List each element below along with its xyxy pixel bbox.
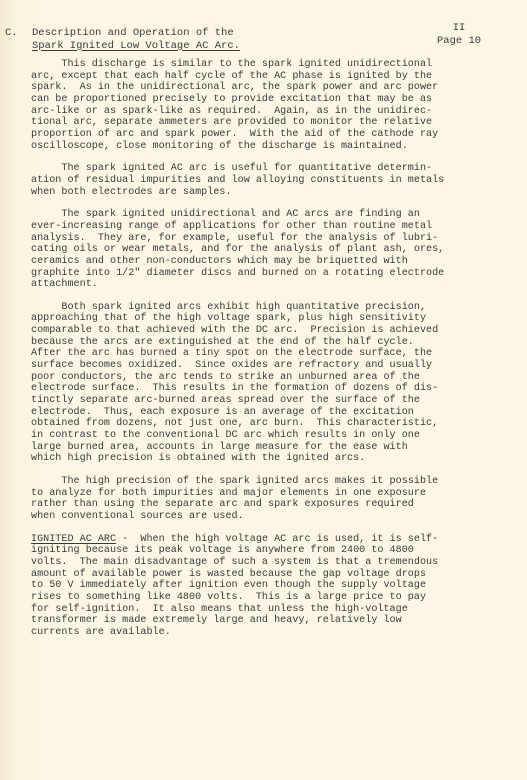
paragraph-line: tinctly separate arc-burned areas spread… xyxy=(31,395,511,407)
paragraph-line: graphite into 1/2" diameter discs and bu… xyxy=(31,268,511,280)
paragraph-line: arc-like or as spark-like as required. A… xyxy=(31,106,511,118)
paragraph-line: transformer is made extremely large and … xyxy=(31,615,511,627)
paragraph-line: large burned area, accounts in large mea… xyxy=(31,442,511,454)
paragraph: The high precision of the spark ignited … xyxy=(31,476,511,523)
paragraph: IGNITED AC ARC - When the high voltage A… xyxy=(31,534,511,639)
paragraph-line: tional arc, separate ammeters are provid… xyxy=(31,117,511,129)
page-header: C. Description and Operation of the Spar… xyxy=(5,19,505,49)
paragraph-line: rises to something like 4800 volts. This… xyxy=(31,592,511,604)
paragraph-line: to 50 V immediately after ignition even … xyxy=(31,580,511,592)
paragraph: The spark ignited unidirectional and AC … xyxy=(31,209,511,291)
paragraph: Both spark ignited arcs exhibit high qua… xyxy=(31,302,511,465)
section-title-line-1: Description and Operation of the xyxy=(32,27,240,40)
chapter-number: II xyxy=(437,22,481,35)
paragraph-line: The spark ignited unidirectional and AC … xyxy=(31,209,511,221)
paragraph-line: volts. The main disadvantage of such a s… xyxy=(31,557,511,569)
paragraph-line: electrode surface. This results in the f… xyxy=(31,383,511,395)
paragraph-line: surface becomes oxidized. Since oxides a… xyxy=(31,360,511,372)
paragraph-line: poor conductors, the arc tends to strike… xyxy=(31,372,511,384)
page-number: Page 10 xyxy=(437,35,481,48)
paragraph-line: rather than using the separate arc and s… xyxy=(31,499,511,511)
paragraph: This discharge is similar to the spark i… xyxy=(31,59,511,152)
paragraph: The spark ignited AC arc is useful for q… xyxy=(31,163,511,198)
paragraph-line: electrode. Thus, each exposure is an ave… xyxy=(31,407,511,419)
paragraph-line: igniting because its peak voltage is any… xyxy=(31,545,511,557)
paragraph-line: to analyze for both impurities and major… xyxy=(31,488,511,500)
paragraph-line: After the arc has burned a tiny spot on … xyxy=(31,348,511,360)
paragraph-line: attachment. xyxy=(31,279,511,291)
section-label: C. xyxy=(5,27,18,39)
paragraph-line: because the arcs are extinguished at the… xyxy=(31,337,511,349)
paragraph-line: when conventional sources are used. xyxy=(31,511,511,523)
paragraph-line: ever-increasing range of applications fo… xyxy=(31,221,511,233)
paragraph-line: ceramics and other non-conductors which … xyxy=(31,256,511,268)
paragraph-line: can be proportioned precisely to provide… xyxy=(31,94,511,106)
paragraph-line: currents are available. xyxy=(31,627,511,639)
paragraph-line: ation of residual impurities and low all… xyxy=(31,175,511,187)
paragraph-line: spark. As in the unidirectional arc, the… xyxy=(31,82,511,94)
paragraph-line: This discharge is similar to the spark i… xyxy=(31,59,511,71)
run-in-text: - When the high voltage AC arc is used, … xyxy=(116,534,438,545)
section-title: Description and Operation of the Spark I… xyxy=(32,27,240,52)
paragraph-line: Both spark ignited arcs exhibit high qua… xyxy=(31,302,511,314)
paragraph-line: cating oils or wear metals, and for the … xyxy=(31,244,511,256)
paragraph-line: for self-ignition. It also means that un… xyxy=(31,604,511,616)
paragraph-line: when both electrodes are samples. xyxy=(31,187,511,199)
paragraph-line: proportion of arc and spark power. With … xyxy=(31,129,511,141)
page-number-block: II Page 10 xyxy=(437,22,481,47)
paragraph-line: obtained from dozens, not just one, arc … xyxy=(31,418,511,430)
paragraph-line: oscilloscope, close monitoring of the di… xyxy=(31,141,511,153)
paragraph-line: approaching that of the high voltage spa… xyxy=(31,313,511,325)
paragraph-line: The spark ignited AC arc is useful for q… xyxy=(31,163,511,175)
paragraph-line: in contrast to the conventional DC arc w… xyxy=(31,430,511,442)
document-body: This discharge is similar to the spark i… xyxy=(31,59,511,650)
section-title-line-2: Spark Ignited Low Voltage AC Arc. xyxy=(32,40,240,53)
paragraph-line: which high precision is obtained with th… xyxy=(31,453,511,465)
paragraph-line: comparable to that achieved with the DC … xyxy=(31,325,511,337)
paragraph-line: The high precision of the spark ignited … xyxy=(31,476,511,488)
paragraph-line: arc, except that each half cycle of the … xyxy=(31,71,511,83)
paragraph-line: IGNITED AC ARC - When the high voltage A… xyxy=(31,534,511,546)
run-in-heading: IGNITED AC ARC xyxy=(31,534,116,545)
paragraph-line: analysis. They are, for example, useful … xyxy=(31,233,511,245)
paragraph-line: amount of available power is wasted beca… xyxy=(31,569,511,581)
